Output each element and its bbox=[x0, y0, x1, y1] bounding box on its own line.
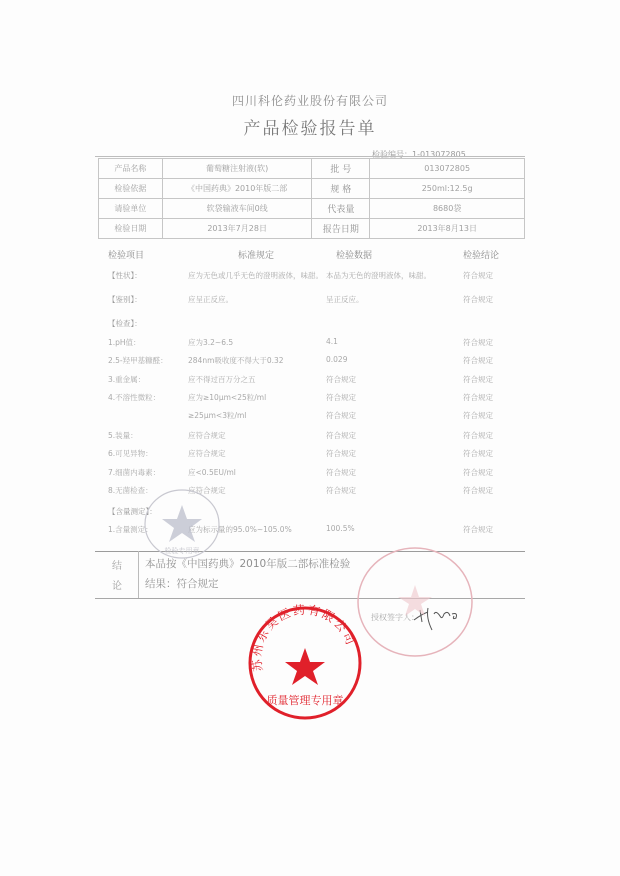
result-row: 【性状】：应为无色或几乎无色的澄明液体，味甜。本品为无色的澄明液体，味甜。符合规… bbox=[108, 270, 525, 284]
info-label: 产品名称 bbox=[99, 159, 163, 179]
header-conclusion: 检验结论 bbox=[463, 248, 499, 261]
info-value: 软袋输液车间0线 bbox=[162, 199, 312, 219]
divider-top bbox=[95, 156, 525, 157]
result-data: 符合规定 bbox=[326, 410, 466, 421]
results-header: 检验项目 标准规定 检验数据 检验结论 bbox=[108, 248, 525, 262]
result-row: 【检查】： bbox=[108, 318, 525, 332]
result-item: 3.重金属： bbox=[108, 374, 145, 385]
result-row: ≥25μm<3粒/ml符合规定符合规定 bbox=[108, 410, 525, 424]
info-value: 2013年7月28日 bbox=[162, 219, 312, 239]
result-item: 【鉴别】： bbox=[108, 294, 142, 305]
result-conclusion: 符合规定 bbox=[463, 410, 493, 421]
result-data: 100.5% bbox=[326, 524, 466, 533]
result-data: 符合规定 bbox=[326, 392, 466, 403]
info-label: 请验单位 bbox=[99, 199, 163, 219]
result-row: 【鉴别】：应呈正反应。呈正反应。符合规定 bbox=[108, 294, 525, 308]
result-conclusion: 符合规定 bbox=[463, 392, 493, 403]
report-title: 产品检验报告单 bbox=[0, 114, 620, 139]
product-info-table: 产品名称 葡萄糖注射液(软) 批 号 013072805 检验依据 《中国药典》… bbox=[98, 158, 525, 239]
company-name: 四川科伦药业股份有限公司 bbox=[0, 92, 620, 109]
result-conclusion: 符合规定 bbox=[463, 448, 493, 459]
info-label: 检验日期 bbox=[99, 219, 163, 239]
info-row: 检验依据 《中国药典》2010年版二部 规 格 250ml:12.5g bbox=[99, 179, 525, 199]
header-test-item: 检验项目 bbox=[108, 248, 144, 261]
inspection-stamp-icon: 检验专用章 bbox=[142, 487, 222, 561]
info-label: 检验依据 bbox=[99, 179, 163, 199]
result-conclusion: 符合规定 bbox=[463, 485, 493, 496]
result-item: 1.pH值： bbox=[108, 337, 141, 348]
result-item: 2.5-羟甲基糠醛： bbox=[108, 355, 168, 366]
result-conclusion: 符合规定 bbox=[463, 374, 493, 385]
result-data: 符合规定 bbox=[326, 430, 466, 441]
result-item: 7.细菌内毒素： bbox=[108, 467, 160, 478]
result-item: 4.不溶性微粒： bbox=[108, 392, 160, 403]
result-data: 本品为无色的澄明液体，味甜。 bbox=[326, 270, 466, 281]
result-conclusion: 符合规定 bbox=[463, 270, 493, 281]
result-row: 3.重金属：应不得过百万分之五符合规定符合规定 bbox=[108, 374, 525, 388]
result-item: 【检查】： bbox=[108, 318, 142, 329]
conclusion-divider bbox=[138, 551, 139, 598]
info-row: 产品名称 葡萄糖注射液(软) 批 号 013072805 bbox=[99, 159, 525, 179]
result-item: 6.可见异物： bbox=[108, 448, 153, 459]
faint-red-stamp-icon bbox=[355, 545, 475, 660]
result-item: 5.装量： bbox=[108, 430, 138, 441]
info-value: 《中国药典》2010年版二部 bbox=[162, 179, 312, 199]
result-item: 【性状】： bbox=[108, 270, 142, 281]
result-row: 6.可见异物：应符合规定符合规定符合规定 bbox=[108, 448, 525, 462]
result-data: 符合规定 bbox=[326, 448, 466, 459]
info-row: 请验单位 软袋输液车间0线 代表量 8680袋 bbox=[99, 199, 525, 219]
result-conclusion: 符合规定 bbox=[463, 355, 493, 366]
info-label: 规 格 bbox=[312, 179, 370, 199]
conclusion-label-top: 结 bbox=[112, 557, 122, 572]
result-data: 4.1 bbox=[326, 337, 466, 346]
info-value: 葡萄糖注射液(软) bbox=[162, 159, 312, 179]
result-conclusion: 符合规定 bbox=[463, 524, 493, 535]
result-row: 7.细菌内毒素：应<0.5EU/ml符合规定符合规定 bbox=[108, 467, 525, 481]
result-data: 0.029 bbox=[326, 355, 466, 364]
info-value: 013072805 bbox=[370, 159, 525, 179]
result-data: 符合规定 bbox=[326, 467, 466, 478]
conclusion-line-2: 结果：符合规定 bbox=[145, 576, 219, 591]
info-label: 代表量 bbox=[312, 199, 370, 219]
conclusion-label-bottom: 论 bbox=[112, 577, 122, 592]
header-data: 检验数据 bbox=[336, 248, 476, 261]
report-page: 四川科伦药业股份有限公司 产品检验报告单 检验编号：1-013072805 产品… bbox=[0, 0, 620, 876]
result-conclusion: 符合规定 bbox=[463, 467, 493, 478]
info-value: 2013年8月13日 bbox=[370, 219, 525, 239]
company-seal-icon: 苏州东昊医药有限公司 质量管理专用章 bbox=[246, 604, 364, 722]
info-value: 250ml:12.5g bbox=[370, 179, 525, 199]
result-data: 符合规定 bbox=[326, 485, 466, 496]
result-row: 2.5-羟甲基糠醛：284nm吸收度不得大于0.320.029符合规定 bbox=[108, 355, 525, 369]
info-label: 批 号 bbox=[312, 159, 370, 179]
info-value: 8680袋 bbox=[370, 199, 525, 219]
result-conclusion: 符合规定 bbox=[463, 294, 493, 305]
result-conclusion: 符合规定 bbox=[463, 337, 493, 348]
info-label: 报告日期 bbox=[312, 219, 370, 239]
result-data: 呈正反应。 bbox=[326, 294, 466, 305]
result-conclusion: 符合规定 bbox=[463, 430, 493, 441]
result-row: 5.装量：应符合规定符合规定符合规定 bbox=[108, 430, 525, 444]
svg-text:检验专用章: 检验专用章 bbox=[165, 546, 200, 555]
result-row: 1.pH值：应为3.2~6.54.1符合规定 bbox=[108, 337, 525, 351]
result-row: 4.不溶性微粒：应为≥10μm<25粒/ml符合规定符合规定 bbox=[108, 392, 525, 406]
result-data: 符合规定 bbox=[326, 374, 466, 385]
info-row: 检验日期 2013年7月28日 报告日期 2013年8月13日 bbox=[99, 219, 525, 239]
svg-text:质量管理专用章: 质量管理专用章 bbox=[267, 693, 344, 707]
